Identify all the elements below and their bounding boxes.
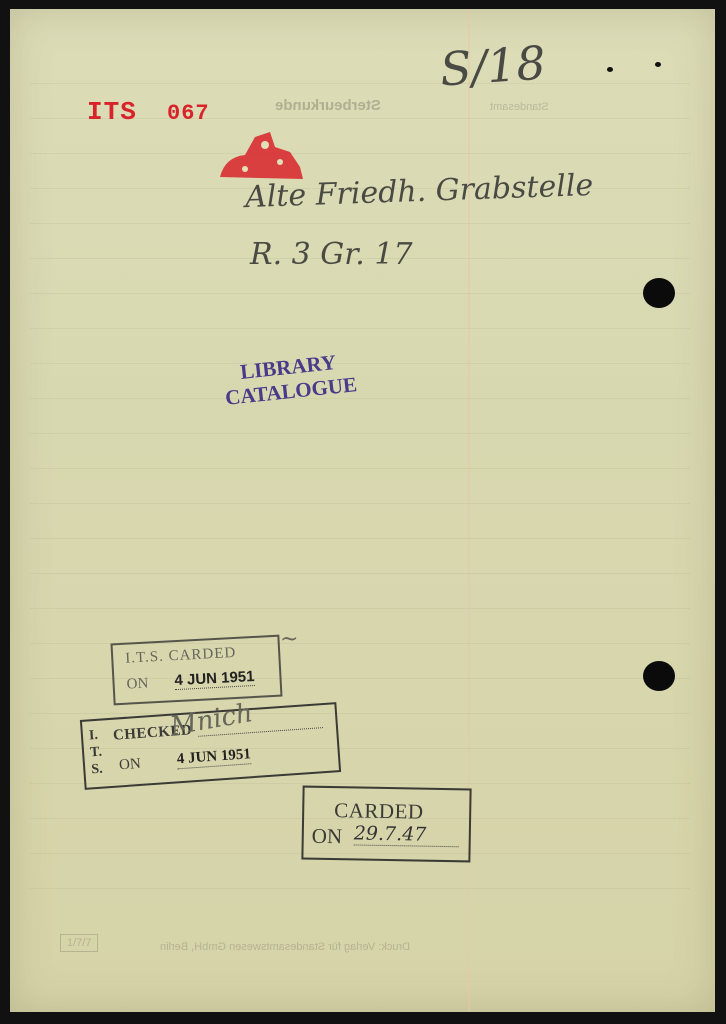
- its-carded-title: I.T.S. CARDED: [125, 645, 237, 668]
- initials-mark: ~: [280, 627, 298, 652]
- carded-on-label: ON: [312, 824, 343, 850]
- its-checked-date: 4 JUN 1951: [176, 746, 251, 769]
- its-checked-on-label: ON: [119, 756, 142, 774]
- its-carded-stamp: I.T.S. CARDED ON 4 JUN 1951: [110, 635, 282, 706]
- handwritten-location-line2: R. 3 Gr. 17: [250, 237, 413, 272]
- its-checked-letters: I. T. S.: [88, 727, 103, 779]
- carded-date: 29.7.47: [354, 822, 459, 847]
- carded-title: CARDED: [334, 798, 424, 825]
- ghost-footer-text: Druck: Verlag für Standesamtswesen GmbH,…: [160, 941, 410, 953]
- its-carded-date: 4 JUN 1951: [174, 668, 255, 690]
- carded-stamp: CARDED ON 29.7.47: [301, 786, 471, 863]
- ink-speck: [655, 62, 661, 67]
- its-carded-on-label: ON: [126, 676, 149, 694]
- handwritten-file-reference: S/18: [438, 35, 547, 96]
- punch-hole-top: [643, 278, 675, 308]
- its-stamp-number: 067: [167, 101, 210, 126]
- document-page: Sterbeurkunde Standesamt ITS 067 S/18 Al…: [10, 9, 715, 1012]
- its-stamp-prefix: ITS: [87, 97, 137, 127]
- ghost-form-code: 1/7/7: [60, 934, 98, 952]
- ink-speck: [607, 67, 613, 72]
- red-ink-blot-icon: [215, 127, 305, 182]
- punch-hole-bottom: [643, 661, 675, 691]
